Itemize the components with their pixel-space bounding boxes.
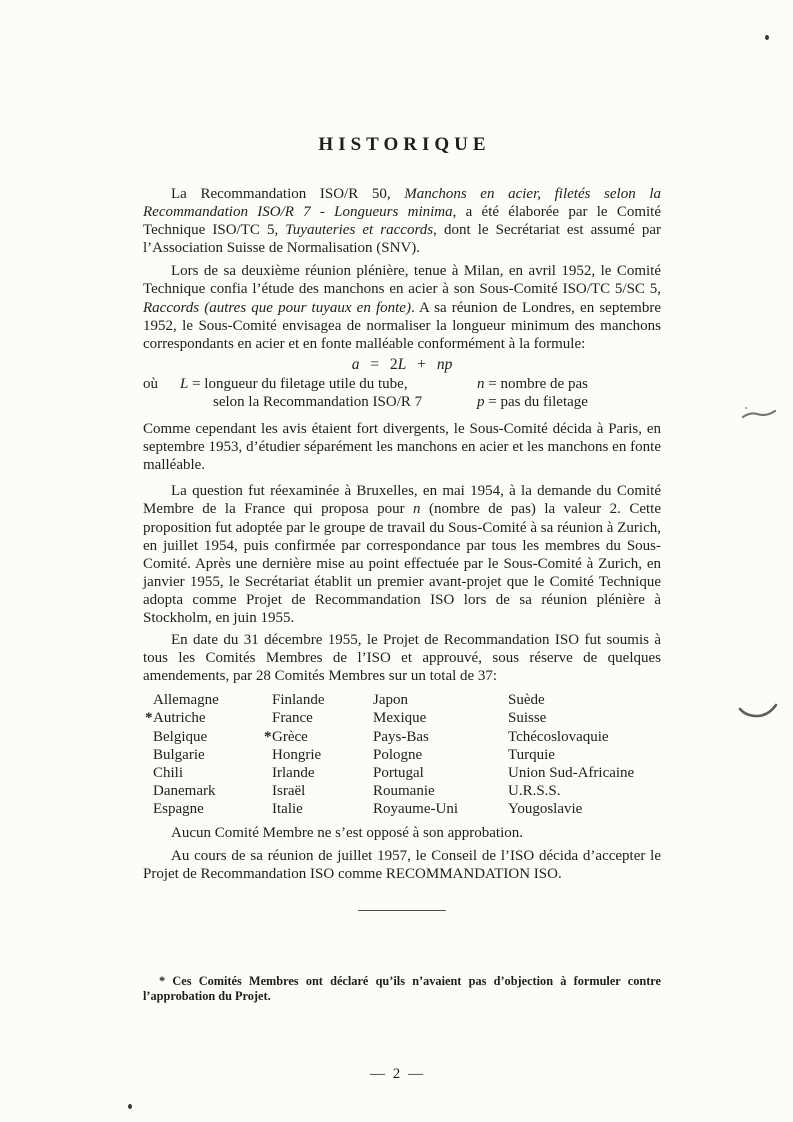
- definition-L: L = longueur du filetage utile du tube, …: [180, 375, 477, 411]
- member-country: Mexique: [373, 709, 508, 727]
- member-column-3: JaponMexiquePays-BasPolognePortugalRouma…: [373, 691, 508, 818]
- paragraph-no-opposition: Aucun Comité Membre ne s’est opposé à so…: [143, 824, 661, 842]
- member-column-4: SuèdeSuisseTchécoslovaquieTurquieUnion S…: [508, 691, 661, 818]
- member-country: Suède: [508, 691, 661, 709]
- definition-L-line1: L = longueur du filetage utile du tube,: [180, 375, 477, 393]
- formula-legend: où L = longueur du filetage utile du tub…: [143, 375, 661, 411]
- paragraph-iso-r50: La Recommandation ISO/R 50, Manchons en …: [143, 185, 661, 257]
- member-country: Yougoslavie: [508, 800, 661, 818]
- text-column: HISTORIQUE La Recommandation ISO/R 50, M…: [143, 0, 661, 1004]
- member-country: Union Sud-Africaine: [508, 764, 661, 782]
- paragraph-vote-1955: En date du 31 décembre 1955, le Projet d…: [143, 631, 661, 685]
- definition-p: p = pas du filetage: [477, 393, 661, 411]
- member-country: *Autriche: [153, 709, 272, 727]
- member-column-1: Allemagne*AutricheBelgiqueBulgarieChiliD…: [153, 691, 272, 818]
- member-country: Espagne: [153, 800, 272, 818]
- member-country: Suisse: [508, 709, 661, 727]
- footnote-starred-members: * Ces Comités Membres ont déclaré qu’ils…: [143, 974, 661, 1004]
- member-country: Tchécoslovaquie: [508, 728, 661, 746]
- member-country: Pays-Bas: [373, 728, 508, 746]
- member-country: Bulgarie: [153, 746, 272, 764]
- page-number: — 2 —: [0, 1066, 793, 1083]
- member-country: Chili: [153, 764, 272, 782]
- member-country: Portugal: [373, 764, 508, 782]
- section-divider: [358, 910, 446, 911]
- document-page: HISTORIQUE La Recommandation ISO/R 50, M…: [0, 0, 793, 1122]
- member-country: Danemark: [153, 782, 272, 800]
- member-country: *Grèce: [272, 728, 373, 746]
- member-country: Turquie: [508, 746, 661, 764]
- member-country: Finlande: [272, 691, 373, 709]
- paragraph-milan-1952: Lors de sa deuxième réunion plénière, te…: [143, 262, 661, 352]
- page-title: HISTORIQUE: [143, 132, 666, 158]
- member-country: U.R.S.S.: [508, 782, 661, 800]
- member-country: France: [272, 709, 373, 727]
- member-country-list: Allemagne*AutricheBelgiqueBulgarieChiliD…: [143, 691, 661, 818]
- member-country: Japon: [373, 691, 508, 709]
- member-country: Italie: [272, 800, 373, 818]
- member-country: Israël: [272, 782, 373, 800]
- member-country: Royaume-Uni: [373, 800, 508, 818]
- definition-n: n = nombre de pas: [477, 375, 661, 393]
- member-country: Allemagne: [153, 691, 272, 709]
- where-label: où: [143, 375, 180, 411]
- member-country: Pologne: [373, 746, 508, 764]
- paragraph-bruxelles-1954: La question fut réexaminée à Bruxelles, …: [143, 482, 661, 627]
- member-country: Roumanie: [373, 782, 508, 800]
- paragraph-paris-1953: Comme cependant les avis étaient fort di…: [143, 420, 661, 474]
- pencil-mark: [739, 404, 781, 428]
- formula-a-2l-np: a = 2L + np: [143, 356, 661, 374]
- member-country: Belgique: [153, 728, 272, 746]
- definition-L-line2: selon la Recommandation ISO/R 7: [180, 393, 477, 411]
- scan-speck: [128, 1104, 132, 1109]
- member-column-2: FinlandeFrance*GrèceHongrieIrlandeIsraël…: [272, 691, 373, 818]
- member-country: Hongrie: [272, 746, 373, 764]
- paragraph-council-1957: Au cours de sa réunion de juillet 1957, …: [143, 847, 661, 883]
- member-country: Irlande: [272, 764, 373, 782]
- formula-legend-right: n = nombre de pas p = pas du filetage: [477, 375, 661, 411]
- pencil-mark: [737, 699, 781, 725]
- scan-speck: [765, 35, 769, 40]
- formula-legend-left: où L = longueur du filetage utile du tub…: [143, 375, 477, 411]
